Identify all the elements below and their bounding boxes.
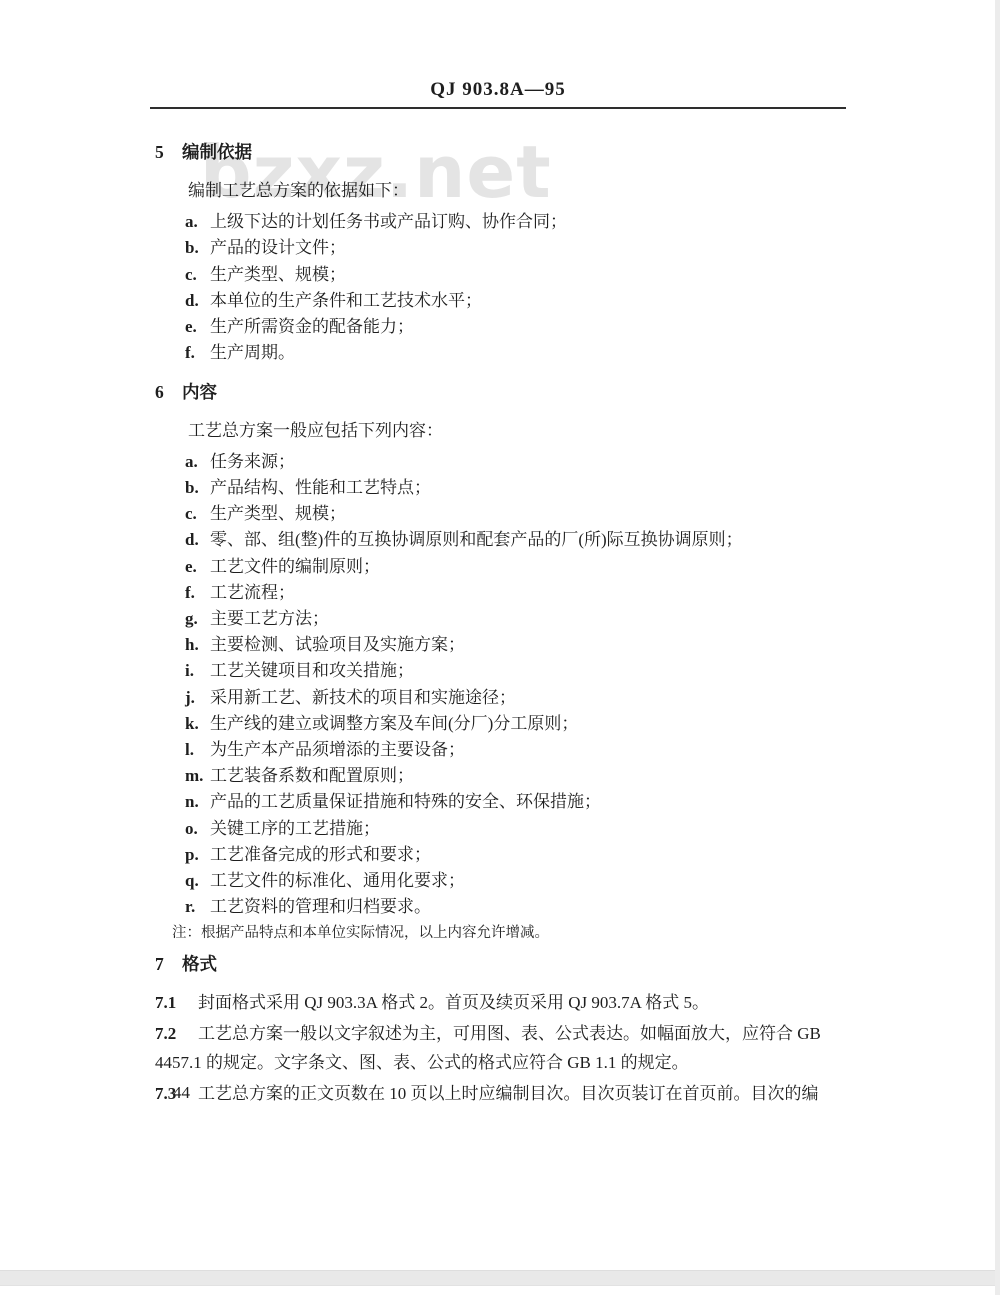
header-divider	[150, 107, 846, 109]
item-text: 工艺资料的管理和归档要求。	[210, 897, 431, 916]
clause-number: 7.1	[155, 988, 198, 1017]
item-label: b.	[185, 475, 210, 501]
clause-text: 工艺总方案一般以文字叙述为主，可用图、表、公式表达。如幅面放大，应符合 GB 4…	[155, 1024, 821, 1072]
page-edge-strip	[995, 0, 1000, 1295]
list-item: o.关键工序的工艺措施；	[185, 816, 855, 842]
item-text: 零、部、组(整)件的互换协调原则和配套产品的厂(所)际互换协调原则；	[210, 530, 743, 549]
item-text: 生产类型、规模；	[210, 504, 346, 523]
item-label: a.	[185, 209, 210, 235]
section-title: 编制依据	[182, 142, 252, 162]
section-number: 6	[155, 380, 182, 404]
clause-text: 封面格式采用 QJ 903.3A 格式 2。首页及续页采用 QJ 903.7A …	[198, 993, 709, 1012]
item-label: r.	[185, 894, 210, 920]
section-5-heading: 5编制依据	[155, 140, 855, 164]
section-number: 5	[155, 140, 182, 164]
clause-text: 工艺总方案的正文页数在 10 页以上时应编制目次。目次页装订在首页前。目次的编	[198, 1084, 819, 1103]
list-item: f.工艺流程；	[185, 580, 855, 606]
list-item: m.工艺装备系数和配置原则；	[185, 763, 855, 789]
list-item: k.生产线的建立或调整方案及车间(分厂)分工原则；	[185, 711, 855, 737]
item-label: l.	[185, 737, 210, 763]
item-text: 关键工序的工艺措施；	[210, 819, 380, 838]
page-gap-band	[0, 1270, 1000, 1286]
list-item: d.本单位的生产条件和工艺技术水平；	[185, 288, 855, 314]
item-label: f.	[185, 580, 210, 606]
item-text: 工艺流程；	[210, 583, 295, 602]
item-label: o.	[185, 816, 210, 842]
section-title: 内容	[182, 382, 217, 402]
section-5-intro: 编制工艺总方案的依据如下：	[188, 179, 855, 203]
page-number: 44	[173, 1083, 190, 1103]
item-text: 工艺关键项目和攻关措施；	[210, 661, 414, 680]
list-item: e.生产所需资金的配备能力；	[185, 314, 855, 340]
item-text: 生产所需资金的配备能力；	[210, 317, 414, 336]
item-label: n.	[185, 789, 210, 815]
document-code: QJ 903.8A—95	[150, 79, 846, 101]
item-text: 工艺准备完成的形式和要求；	[210, 845, 431, 864]
item-label: h.	[185, 632, 210, 658]
clause-paragraph: 7.1封面格式采用 QJ 903.3A 格式 2。首页及续页采用 QJ 903.…	[155, 988, 855, 1017]
list-item: n.产品的工艺质量保证措施和特殊的安全、环保措施；	[185, 789, 855, 815]
item-text: 生产周期。	[210, 343, 295, 362]
item-label: e.	[185, 314, 210, 340]
item-text: 任务来源；	[210, 452, 295, 471]
document-page: bzxz.net QJ 903.8A—95 5编制依据 编制工艺总方案的依据如下…	[0, 0, 1000, 1295]
item-text: 产品结构、性能和工艺特点；	[210, 478, 431, 497]
item-text: 工艺文件的标准化、通用化要求；	[210, 871, 465, 890]
item-label: c.	[185, 262, 210, 288]
clause-paragraph: 7.3工艺总方案的正文页数在 10 页以上时应编制目次。目次页装订在首页前。目次…	[155, 1079, 855, 1108]
item-text: 主要检测、试验项目及实施方案；	[210, 635, 465, 654]
list-item: a.任务来源；	[185, 449, 855, 475]
item-label: p.	[185, 842, 210, 868]
section-7-clauses: 7.1封面格式采用 QJ 903.3A 格式 2。首页及续页采用 QJ 903.…	[155, 988, 855, 1108]
item-label: j.	[185, 685, 210, 711]
document-content: 5编制依据 编制工艺总方案的依据如下： a.上级下达的计划任务书或产品订购、协作…	[155, 140, 855, 1110]
section-6-note: 注：根据产品特点和本单位实际情况，以上内容允许增减。	[172, 923, 855, 943]
list-item: a.上级下达的计划任务书或产品订购、协作合同；	[185, 209, 855, 235]
list-item: c.生产类型、规模；	[185, 262, 855, 288]
list-item: b.产品结构、性能和工艺特点；	[185, 475, 855, 501]
item-text: 本单位的生产条件和工艺技术水平；	[210, 291, 482, 310]
item-label: k.	[185, 711, 210, 737]
item-text: 生产类型、规模；	[210, 265, 346, 284]
item-label: d.	[185, 288, 210, 314]
item-text: 生产线的建立或调整方案及车间(分厂)分工原则；	[210, 714, 578, 733]
section-7-heading: 7格式	[155, 952, 855, 976]
list-item: q.工艺文件的标准化、通用化要求；	[185, 868, 855, 894]
clause-paragraph: 7.2工艺总方案一般以文字叙述为主，可用图、表、公式表达。如幅面放大，应符合 G…	[155, 1019, 855, 1077]
section-6-list: a.任务来源； b.产品结构、性能和工艺特点； c.生产类型、规模； d.零、部…	[155, 449, 855, 921]
item-label: m.	[185, 763, 210, 789]
list-item: p.工艺准备完成的形式和要求；	[185, 842, 855, 868]
list-item: j.采用新工艺、新技术的项目和实施途径；	[185, 685, 855, 711]
list-item: h.主要检测、试验项目及实施方案；	[185, 632, 855, 658]
item-label: c.	[185, 501, 210, 527]
section-6-heading: 6内容	[155, 380, 855, 404]
item-label: g.	[185, 606, 210, 632]
list-item: r.工艺资料的管理和归档要求。	[185, 894, 855, 920]
list-item: d.零、部、组(整)件的互换协调原则和配套产品的厂(所)际互换协调原则；	[185, 527, 855, 553]
clause-number: 7.2	[155, 1019, 198, 1048]
item-text: 产品的工艺质量保证措施和特殊的安全、环保措施；	[210, 792, 601, 811]
item-text: 主要工艺方法；	[210, 609, 329, 628]
item-text: 工艺文件的编制原则；	[210, 557, 380, 576]
item-label: i.	[185, 658, 210, 684]
section-number: 7	[155, 952, 182, 976]
list-item: b.产品的设计文件；	[185, 235, 855, 261]
item-text: 采用新工艺、新技术的项目和实施途径；	[210, 688, 516, 707]
section-5-list: a.上级下达的计划任务书或产品订购、协作合同； b.产品的设计文件； c.生产类…	[155, 209, 855, 367]
list-item: g.主要工艺方法；	[185, 606, 855, 632]
item-label: e.	[185, 554, 210, 580]
item-text: 上级下达的计划任务书或产品订购、协作合同；	[210, 212, 567, 231]
item-label: d.	[185, 527, 210, 553]
list-item: f.生产周期。	[185, 340, 855, 366]
item-text: 产品的设计文件；	[210, 238, 346, 257]
item-text: 工艺装备系数和配置原则；	[210, 766, 414, 785]
list-item: c.生产类型、规模；	[185, 501, 855, 527]
item-label: a.	[185, 449, 210, 475]
item-label: b.	[185, 235, 210, 261]
list-item: e.工艺文件的编制原则；	[185, 554, 855, 580]
item-label: q.	[185, 868, 210, 894]
item-text: 为生产本产品须增添的主要设备；	[210, 740, 465, 759]
list-item: l.为生产本产品须增添的主要设备；	[185, 737, 855, 763]
section-6-intro: 工艺总方案一般应包括下列内容：	[188, 419, 855, 443]
section-title: 格式	[182, 954, 217, 974]
item-label: f.	[185, 340, 210, 366]
list-item: i.工艺关键项目和攻关措施；	[185, 658, 855, 684]
